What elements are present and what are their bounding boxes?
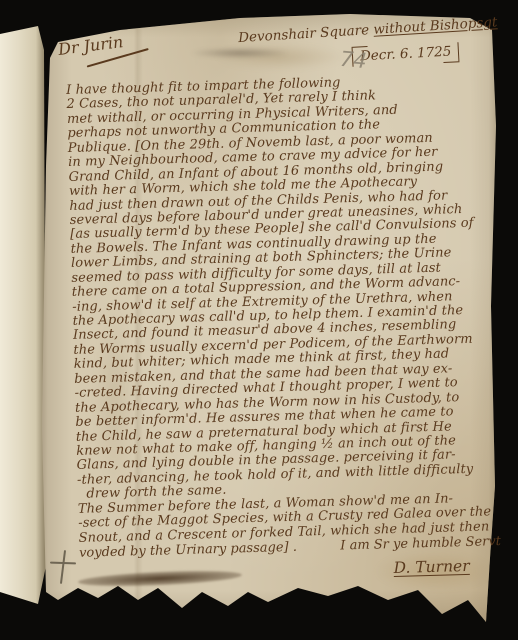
handwriting-layer: Devonshair Square without Bishopsgt Decr… [0, 0, 518, 640]
pencil-cross-mark [50, 550, 76, 584]
valediction: I am Sr ye humble Servt [340, 534, 507, 554]
letter-body: I have thought fit to impart the followi… [66, 72, 508, 586]
ink-smudge [192, 48, 288, 58]
letter-body-lines: I have thought fit to impart the followi… [66, 72, 507, 546]
letter-address-place: Devonshair Square [238, 22, 374, 46]
letter-address: Devonshair Square without Bishopsgt [238, 14, 503, 46]
folio-number: 74 [339, 47, 368, 73]
signature: D. Turner [393, 557, 470, 577]
addressee: Dr Jurin [57, 32, 124, 59]
letter-address-district: without Bishopsgt [373, 14, 498, 38]
photo-background: Devonshair Square without Bishopsgt Decr… [0, 0, 518, 640]
letter-date: Decr. 6. 1725 [352, 42, 460, 67]
date-bracket-text: Decr. 6. 1725 [360, 44, 452, 65]
